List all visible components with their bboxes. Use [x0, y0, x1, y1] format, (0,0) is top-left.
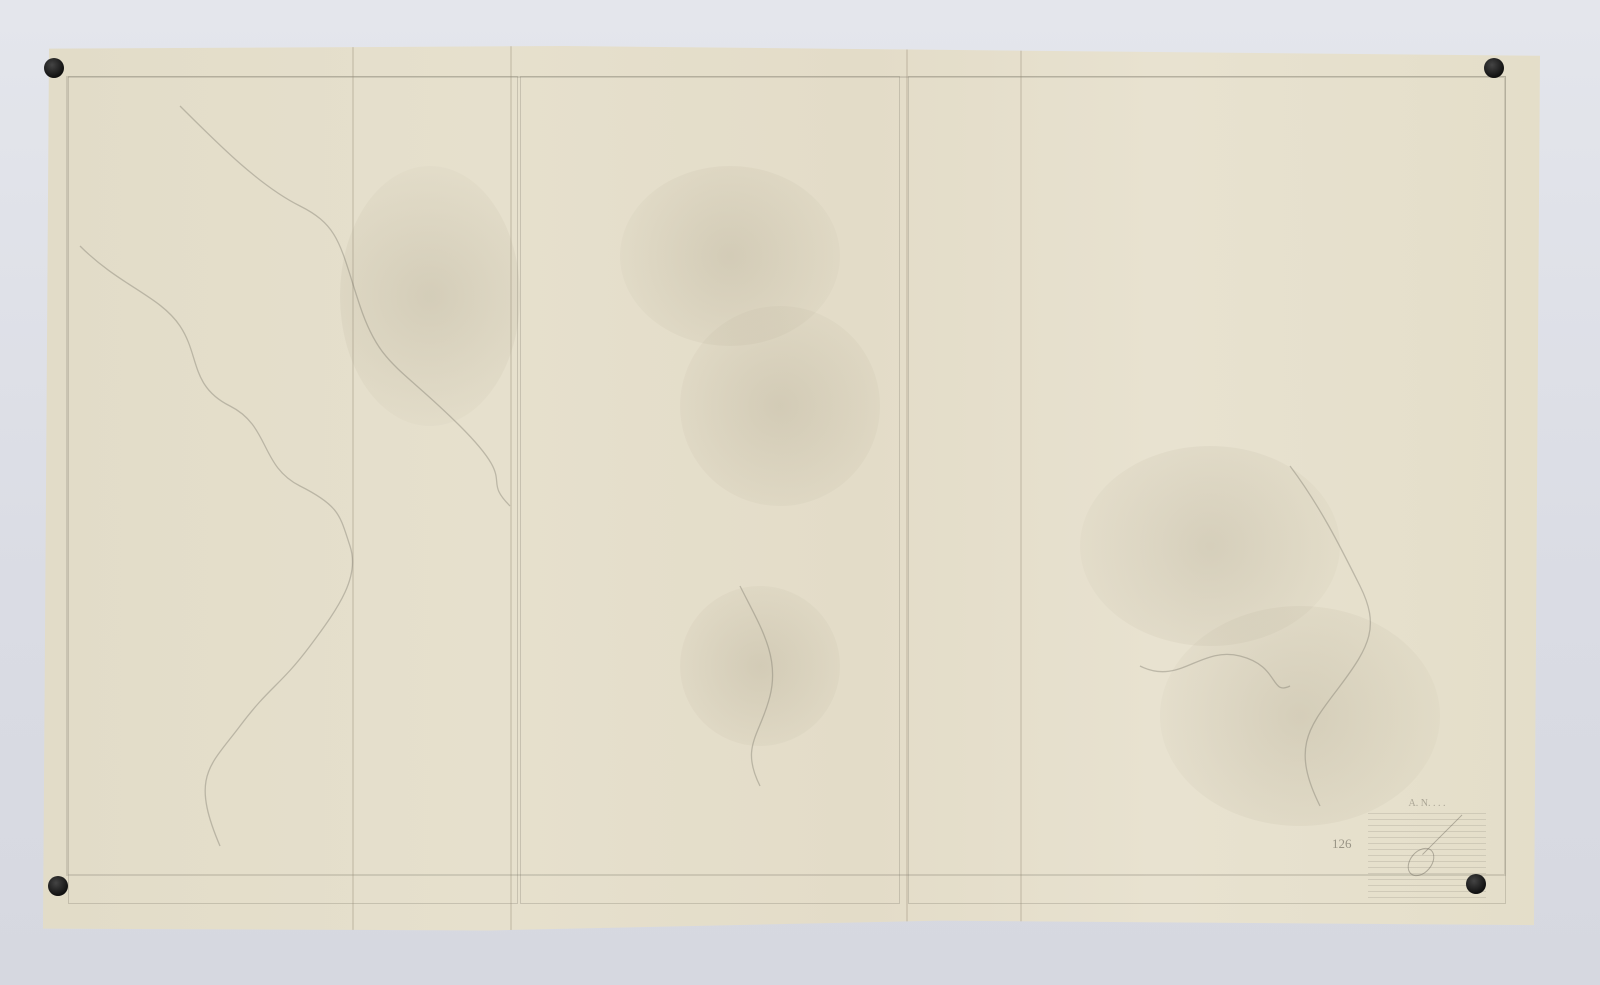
- magnet-bottom-right: [1466, 874, 1486, 894]
- magnet-top-left: [44, 58, 64, 78]
- map-sheet: A. N. . . . 126: [40, 46, 1540, 934]
- show-through-coastline: [40, 46, 1540, 934]
- magnet-top-right: [1484, 58, 1504, 78]
- pencil-number: 126: [1332, 836, 1352, 852]
- magnet-bottom-left: [48, 876, 68, 896]
- cartouche-title: A. N. . . .: [1368, 798, 1486, 809]
